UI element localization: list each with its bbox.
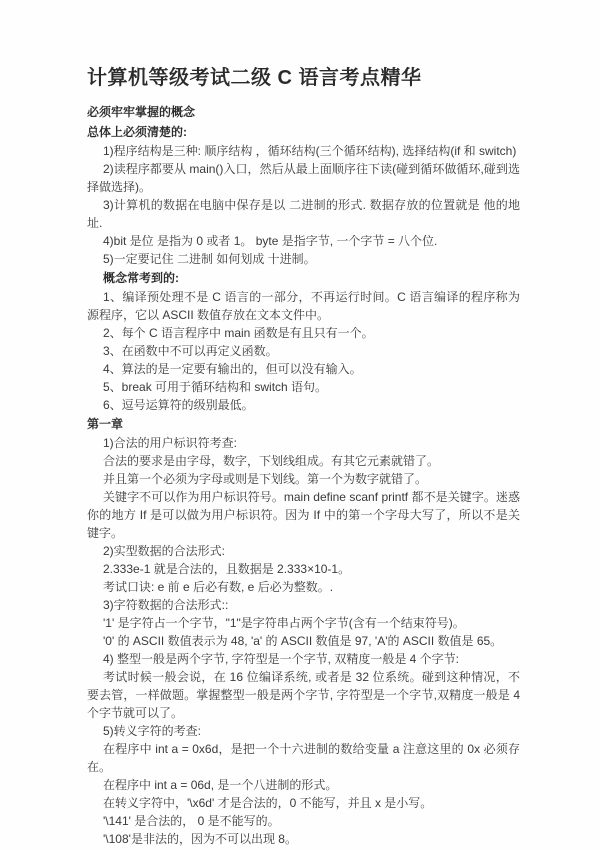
paragraph: 3)字符数据的合法形式:: (87, 596, 520, 614)
paragraph: 2.333e-1 就是合法的，且数据是 2.333×10-1。 (87, 560, 520, 578)
paragraph: 考试时候一般会说，在 16 位编译系统, 或者是 32 位系统。碰到这种情况，不… (87, 668, 520, 722)
section-heading: 概念常考到的: (87, 268, 520, 288)
paragraph: '\108'是非法的，因为不可以出现 8。 (87, 830, 520, 848)
paragraph: 4)bit 是位 是指为 0 或者 1。 byte 是指字节, 一个字节 = 八… (87, 232, 520, 250)
paragraph: 1)合法的用户标识符考查: (87, 434, 520, 452)
paragraph: 6、逗号运算符的级别最低。 (87, 396, 520, 414)
paragraph: '\141' 是合法的， 0 是不能写的。 (87, 812, 520, 830)
paragraph: 5、break 可用于循环结构和 switch 语句。 (87, 378, 520, 396)
paragraph: 考试口诀: e 前 e 后必有数, e 后必为整数。. (87, 578, 520, 596)
section-heading: 必须牢牢掌握的概念 (87, 102, 520, 122)
document-title: 计算机等级考试二级 C 语言考点精华 (87, 66, 520, 90)
paragraph: 2、每个 C 语言程序中 main 函数是有且只有一个。 (87, 324, 520, 342)
section-heading: 第一章 (87, 414, 520, 434)
document-page: 计算机等级考试二级 C 语言考点精华 必须牢牢掌握的概念总体上必须清楚的:1)程… (0, 0, 600, 850)
paragraph: '0' 的 ASCII 数值表示为 48, 'a' 的 ASCII 数值是 97… (87, 632, 520, 650)
paragraph: 1)程序结构是三种: 顺序结构 ，循环结构(三个循环结构), 选择结构(if 和… (87, 142, 520, 160)
paragraph: 在程序中 int a = 0x6d，是把一个十六进制的数给变量 a 注意这里的 … (87, 740, 520, 776)
paragraph: 关键字不可以作为用户标识符号。main define scanf printf … (87, 488, 520, 542)
paragraph: 并且第一个必须为字母或则是下划线。第一个为数字就错了。 (87, 470, 520, 488)
paragraph: 1、编译预处理不是 C 语言的一部分，不再运行时间。C 语言编译的程序称为源程序… (87, 288, 520, 324)
paragraph: 4、算法的是一定要有输出的，但可以没有输入。 (87, 360, 520, 378)
paragraph: 3)计算机的数据在电脑中保存是以 二进制的形式. 数据存放的位置就是 他的地址. (87, 196, 520, 232)
paragraph: 3、在函数中不可以再定义函数。 (87, 342, 520, 360)
paragraph: 5)转义字符的考查: (87, 722, 520, 740)
paragraph: '1' 是字符占一个字节，"1"是字符串占两个字节(含有一个结束符号)。 (87, 614, 520, 632)
paragraph: 2)实型数据的合法形式: (87, 542, 520, 560)
paragraph: 2)读程序都要从 main()入口，然后从最上面顺序往下读(碰到循环做循环,碰到… (87, 160, 520, 196)
paragraph: 4) 整型一般是两个字节, 字符型是一个字节, 双精度一般是 4 个字节: (87, 650, 520, 668)
document-content: 计算机等级考试二级 C 语言考点精华 必须牢牢掌握的概念总体上必须清楚的:1)程… (0, 0, 600, 848)
document-body: 必须牢牢掌握的概念总体上必须清楚的:1)程序结构是三种: 顺序结构 ，循环结构(… (87, 102, 520, 848)
paragraph: 在程序中 int a = 06d, 是一个八进制的形式。 (87, 776, 520, 794)
paragraph: 合法的要求是由字母，数字，下划线组成。有其它元素就错了。 (87, 452, 520, 470)
paragraph: 在转义字符中，'\x6d' 才是合法的，0 不能写，并且 x 是小写。 (87, 794, 520, 812)
section-heading: 总体上必须清楚的: (87, 122, 520, 142)
paragraph: 5)一定要记住 二进制 如何划成 十进制。 (87, 250, 520, 268)
